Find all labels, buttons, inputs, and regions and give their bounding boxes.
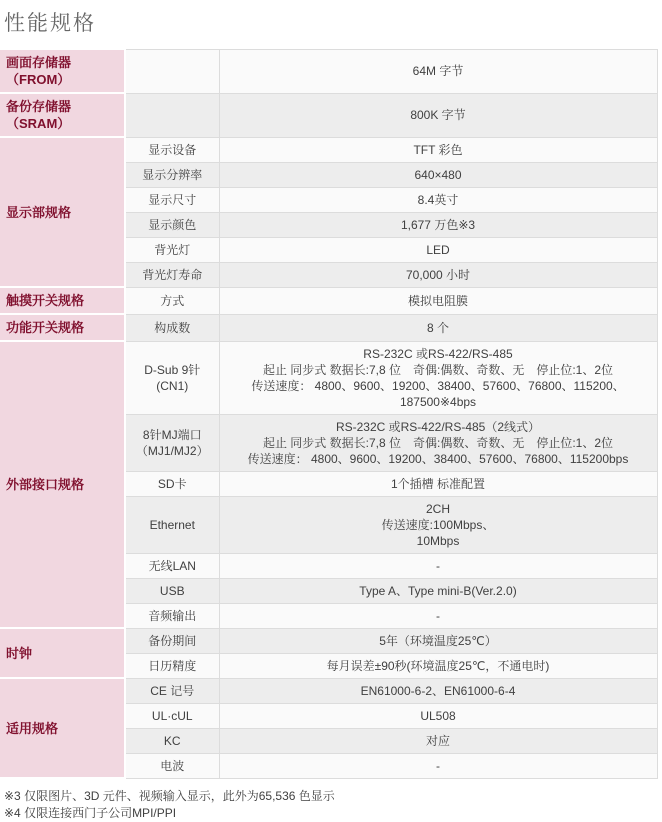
text-line: 8 个 — [226, 320, 651, 336]
text-line: 70,000 小时 — [226, 267, 651, 283]
text-line: 1个插槽 标准配置 — [226, 476, 651, 492]
spec-sub-label: 背光灯寿命 — [125, 262, 219, 287]
text-line: (CN1) — [132, 378, 213, 394]
text-line: 显示尺寸 — [132, 192, 213, 208]
spec-value: RS-232C 或RS-422/RS-485（2线式）起止 同步式 数据长:7,… — [219, 414, 657, 471]
spec-sub-label: CE 记号 — [125, 678, 219, 703]
spec-sub-label: 日历精度 — [125, 653, 219, 678]
section-label: 时钟 — [0, 628, 125, 678]
text-line: EN61000-6-2、EN61000-6-4 — [226, 683, 651, 699]
text-line: 800K 字节 — [226, 107, 651, 123]
text-line: 8针MJ端口 — [132, 427, 213, 443]
text-line: （FROM） — [6, 71, 122, 88]
spec-value: 5年（环境温度25℃） — [219, 628, 657, 653]
spec-sub-label: 显示尺寸 — [125, 187, 219, 212]
spec-value: EN61000-6-2、EN61000-6-4 — [219, 678, 657, 703]
text-line: 模拟电阻膜 — [226, 293, 651, 309]
spec-sub-label: 无线LAN — [125, 553, 219, 578]
spec-sub-label: 方式 — [125, 287, 219, 314]
spec-sub-label: 电波 — [125, 753, 219, 778]
text-line: 显示设备 — [132, 142, 213, 158]
table-row: 功能开关规格构成数8 个 — [0, 314, 657, 341]
spec-sub-label: D-Sub 9针(CN1) — [125, 341, 219, 414]
text-line: UL·cUL — [132, 708, 213, 724]
text-line: 方式 — [132, 293, 213, 309]
spec-value: 模拟电阻膜 — [219, 287, 657, 314]
text-line: 适用规格 — [6, 720, 122, 737]
text-line: 187500※4bps — [226, 394, 651, 410]
spec-sub-label: 备份期间 — [125, 628, 219, 653]
spec-value: 对应 — [219, 728, 657, 753]
spec-sub-label: USB — [125, 578, 219, 603]
text-line: RS-232C 或RS-422/RS-485（2线式） — [226, 419, 651, 435]
table-row: 时钟备份期间5年（环境温度25℃） — [0, 628, 657, 653]
section-label: 功能开关规格 — [0, 314, 125, 341]
text-line: TFT 彩色 — [226, 142, 651, 158]
spec-sub-label: 构成数 — [125, 314, 219, 341]
text-line: 传送速度:100Mbps、 — [226, 517, 651, 533]
spec-table: 画面存储器（FROM）64M 字节备份存储器（SRAM）800K 字节显示部规格… — [0, 48, 658, 779]
text-line: 时钟 — [6, 645, 122, 662]
text-line: CE 记号 — [132, 683, 213, 699]
spec-sub-label: 显示设备 — [125, 137, 219, 162]
table-row: 画面存储器（FROM）64M 字节 — [0, 49, 657, 93]
text-line: 显示颜色 — [132, 217, 213, 233]
spec-sub-label: 显示分辨率 — [125, 162, 219, 187]
section-label: 画面存储器（FROM） — [0, 49, 125, 93]
spec-table-body: 画面存储器（FROM）64M 字节备份存储器（SRAM）800K 字节显示部规格… — [0, 49, 657, 778]
spec-value: 64M 字节 — [219, 49, 657, 93]
text-line: 背光灯 — [132, 242, 213, 258]
spec-sub-label — [125, 49, 219, 93]
text-line: 功能开关规格 — [6, 319, 122, 336]
text-line: USB — [132, 583, 213, 599]
table-row: 触摸开关规格方式模拟电阻膜 — [0, 287, 657, 314]
spec-sub-label: 显示颜色 — [125, 212, 219, 237]
text-line: 外部接口规格 — [6, 476, 122, 493]
text-line: - — [226, 608, 651, 624]
text-line: 触摸开关规格 — [6, 292, 122, 309]
text-line: 背光灯寿命 — [132, 267, 213, 283]
text-line: 画面存储器 — [6, 54, 122, 71]
spec-value: 1,677 万色※3 — [219, 212, 657, 237]
spec-value: Type A、Type mini-B(Ver.2.0) — [219, 578, 657, 603]
spec-value: RS-232C 或RS-422/RS-485起止 同步式 数据长:7,8 位 奇… — [219, 341, 657, 414]
text-line: 8.4英寸 — [226, 192, 651, 208]
spec-page: 性能规格 画面存储器（FROM）64M 字节备份存储器（SRAM）800K 字节… — [0, 7, 662, 822]
section-label: 适用规格 — [0, 678, 125, 778]
text-line: 64M 字节 — [226, 63, 651, 79]
text-line: Type A、Type mini-B(Ver.2.0) — [226, 583, 651, 599]
footnote-4: ※4 仅限连接西门子公司MPI/PPI — [4, 805, 662, 822]
text-line: Ethernet — [132, 517, 213, 533]
spec-value: 8.4英寸 — [219, 187, 657, 212]
text-line: RS-232C 或RS-422/RS-485 — [226, 346, 651, 362]
spec-value: - — [219, 753, 657, 778]
spec-sub-label: 8针MJ端口（MJ1/MJ2） — [125, 414, 219, 471]
table-row: 备份存储器（SRAM）800K 字节 — [0, 93, 657, 137]
section-label: 备份存储器（SRAM） — [0, 93, 125, 137]
spec-sub-label: SD卡 — [125, 471, 219, 496]
text-line: 10Mbps — [226, 533, 651, 549]
text-line: 电波 — [132, 758, 213, 774]
footnotes: ※3 仅限图片、3D 元件、视频输入显示，此外为65,536 色显示 ※4 仅限… — [4, 788, 662, 822]
text-line: 起止 同步式 数据长:7,8 位 奇偶:偶数、奇数、无 停止位:1、2位 — [226, 435, 651, 451]
table-row: 显示部规格显示设备TFT 彩色 — [0, 137, 657, 162]
spec-value: 800K 字节 — [219, 93, 657, 137]
spec-value: - — [219, 603, 657, 628]
section-label: 外部接口规格 — [0, 341, 125, 628]
text-line: 备份期间 — [132, 633, 213, 649]
text-line: 无线LAN — [132, 558, 213, 574]
page-title: 性能规格 — [4, 7, 662, 37]
text-line: 对应 — [226, 733, 651, 749]
text-line: 显示分辨率 — [132, 167, 213, 183]
text-line: 传送速度： 4800、9600、19200、38400、57600、76800、… — [226, 378, 651, 394]
text-line: - — [226, 758, 651, 774]
spec-value: LED — [219, 237, 657, 262]
footnote-3: ※3 仅限图片、3D 元件、视频输入显示，此外为65,536 色显示 — [4, 788, 662, 805]
text-line: 2CH — [226, 501, 651, 517]
spec-sub-label: KC — [125, 728, 219, 753]
text-line: 起止 同步式 数据长:7,8 位 奇偶:偶数、奇数、无 停止位:1、2位 — [226, 362, 651, 378]
text-line: 构成数 — [132, 320, 213, 336]
spec-value: 640×480 — [219, 162, 657, 187]
text-line: D-Sub 9针 — [132, 362, 213, 378]
text-line: SD卡 — [132, 476, 213, 492]
spec-sub-label: 音频输出 — [125, 603, 219, 628]
text-line: LED — [226, 242, 651, 258]
text-line: 显示部规格 — [6, 204, 122, 221]
spec-sub-label: 背光灯 — [125, 237, 219, 262]
text-line: KC — [132, 733, 213, 749]
spec-value: - — [219, 553, 657, 578]
spec-sub-label: Ethernet — [125, 496, 219, 553]
text-line: 1,677 万色※3 — [226, 217, 651, 233]
text-line: 备份存储器 — [6, 98, 122, 115]
text-line: 640×480 — [226, 167, 651, 183]
table-row: 适用规格CE 记号EN61000-6-2、EN61000-6-4 — [0, 678, 657, 703]
section-label: 显示部规格 — [0, 137, 125, 287]
text-line: 每月误差±90秒(环境温度25℃，不通电时) — [226, 658, 651, 674]
text-line: （SRAM） — [6, 115, 122, 132]
text-line: 音频输出 — [132, 608, 213, 624]
text-line: 日历精度 — [132, 658, 213, 674]
text-line: 传送速度： 4800、9600、19200、38400、57600、76800、… — [226, 451, 651, 467]
spec-sub-label: UL·cUL — [125, 703, 219, 728]
spec-value: 1个插槽 标准配置 — [219, 471, 657, 496]
spec-value: 每月误差±90秒(环境温度25℃，不通电时) — [219, 653, 657, 678]
text-line: - — [226, 558, 651, 574]
spec-sub-label — [125, 93, 219, 137]
spec-value: 2CH传送速度:100Mbps、10Mbps — [219, 496, 657, 553]
section-label: 触摸开关规格 — [0, 287, 125, 314]
spec-value: UL508 — [219, 703, 657, 728]
spec-value: TFT 彩色 — [219, 137, 657, 162]
spec-value: 70,000 小时 — [219, 262, 657, 287]
spec-value: 8 个 — [219, 314, 657, 341]
text-line: UL508 — [226, 708, 651, 724]
text-line: 5年（环境温度25℃） — [226, 633, 651, 649]
table-row: 外部接口规格D-Sub 9针(CN1)RS-232C 或RS-422/RS-48… — [0, 341, 657, 414]
text-line: （MJ1/MJ2） — [132, 443, 213, 459]
